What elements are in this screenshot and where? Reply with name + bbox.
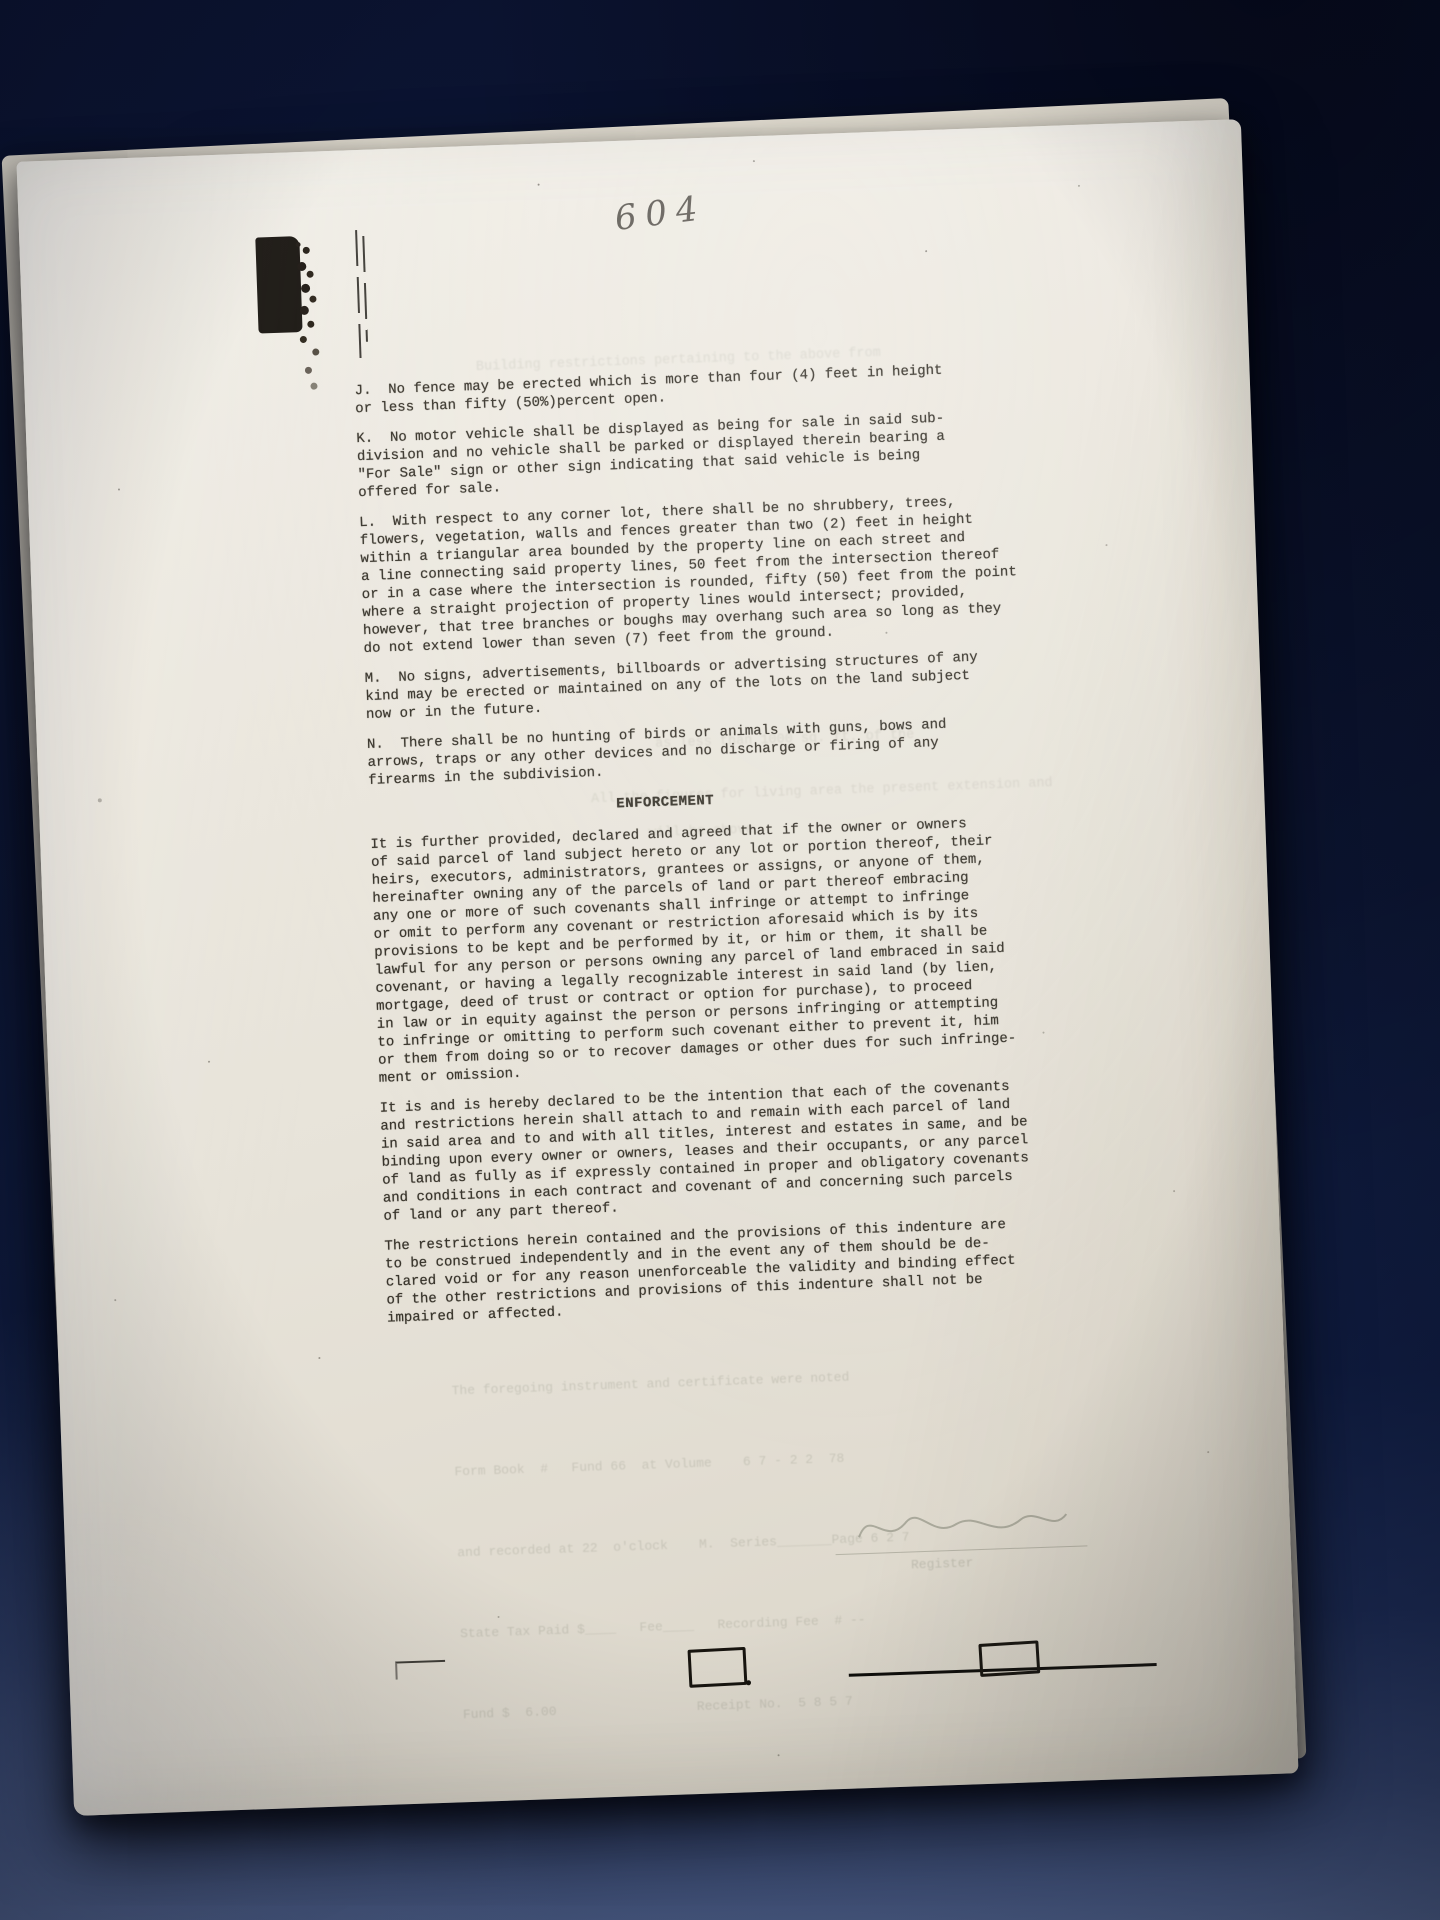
signature-scribble <box>852 1494 1074 1552</box>
photo-scene: { "photo": { "backdrop_color": "#0d1736"… <box>0 0 1440 1920</box>
clause-k: K. No motor vehicle shall be displayed a… <box>356 405 1074 502</box>
handwritten-page-number: 604 <box>613 188 709 239</box>
stamp-line: Fund $ 6.00 Receipt No. 5 8 5 7 <box>462 1677 1153 1728</box>
stamp-line: Form Book # Fund 66 at Volume 6 7 - 2 2 … <box>454 1434 1145 1485</box>
stamp-line: The foregoing instrument and certificate… <box>451 1353 1142 1404</box>
clause-n: N. There shall be no hunting of birds or… <box>367 711 1084 790</box>
enforcement-paragraph-2: It is and is hereby declared to be the i… <box>379 1075 1099 1226</box>
stamp-box-mark <box>688 1647 748 1688</box>
clause-l: L. With respect to any corner lot, there… <box>359 489 1080 658</box>
corner-bracket-mark <box>395 1660 446 1680</box>
registration-line-mark <box>355 230 361 358</box>
clause-m: M. No signs, advertisements, billboards … <box>364 645 1081 724</box>
stamp-box-mark <box>978 1640 1040 1677</box>
photocopy-specks <box>16 162 18 164</box>
document-page: 604 Building restrictions pertaining to … <box>16 119 1298 1816</box>
typed-text-block: J. No fence may be erected which is more… <box>354 357 1103 1339</box>
enforcement-paragraph-1: It is further provided, declared and agr… <box>370 811 1094 1088</box>
registration-line-mark <box>362 236 368 342</box>
signature-title: Register <box>911 1555 974 1572</box>
photocopy-ink-blob <box>255 236 302 333</box>
stamp-line: State Tax Paid $____ Fee____ Recording F… <box>460 1596 1151 1647</box>
